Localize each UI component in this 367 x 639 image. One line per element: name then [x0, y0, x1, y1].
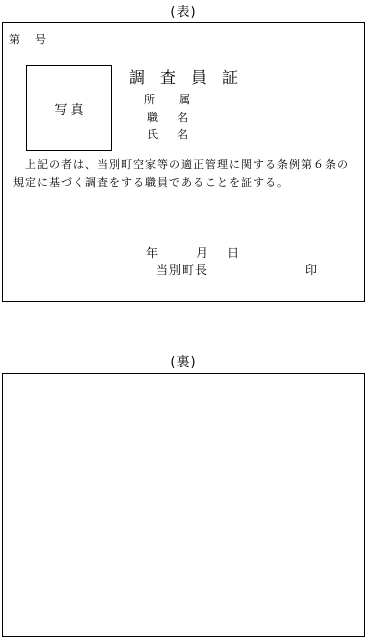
name-field-label-left: 氏	[147, 126, 158, 142]
issuer-title: 当別町長	[156, 261, 208, 278]
date-day-label: 日	[227, 244, 239, 261]
job-title-field-label-left: 職	[147, 109, 158, 125]
affiliation-field-label-left: 所	[144, 91, 155, 107]
photo-box: 写真	[26, 65, 112, 151]
certification-statement-line-1: 上記の者は、当別町空家等の適正管理に関する条例第６条の	[13, 156, 361, 174]
date-year-label: 年	[146, 244, 158, 261]
document-page: (表) 第 号 写真 調査員証 所 属 職 名 氏 名 上記の者は、当別町空家等…	[0, 0, 367, 639]
date-month-label: 月	[196, 244, 208, 261]
back-card	[2, 373, 365, 637]
certification-statement: 上記の者は、当別町空家等の適正管理に関する条例第６条の 規定に基づく調査をする職…	[13, 156, 361, 191]
certificate-number-suffix: 号	[35, 31, 46, 47]
photo-placeholder-label: 写真	[51, 99, 86, 118]
front-card: 第 号 写真 調査員証 所 属 職 名 氏 名 上記の者は、当別町空家等の適正管…	[2, 22, 365, 302]
affiliation-field-label-right: 属	[179, 91, 190, 107]
seal-placeholder-label: 印	[305, 261, 317, 278]
back-side-label: (裏)	[0, 351, 367, 370]
front-side-label: (表)	[0, 1, 367, 20]
certificate-title: 調査員証	[129, 65, 253, 88]
name-field-label-right: 名	[177, 126, 188, 142]
certificate-number-prefix: 第	[9, 31, 20, 47]
job-title-field-label-right: 名	[177, 109, 188, 125]
certification-statement-line-2: 規定に基づく調査をする職員であることを証する。	[13, 174, 361, 192]
